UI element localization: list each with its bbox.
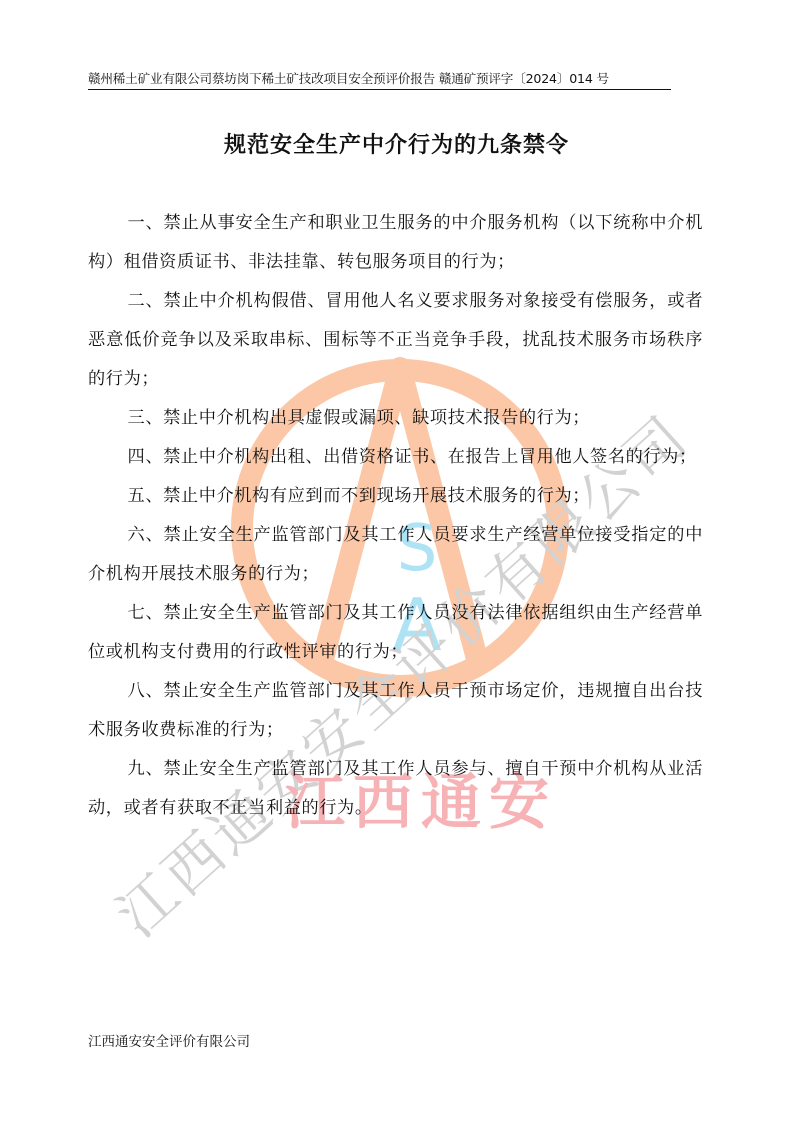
prohibitions-list: 一、禁止从事安全生产和职业卫生服务的中介服务机构（以下统称中介机构）租借资质证书… [88,204,703,828]
prohibition-5: 五、禁止中介机构有应到而不到现场开展技术服务的行为； [88,477,703,516]
prohibition-8: 八、禁止安全生产监管部门及其工作人员干预市场定价，违规擅自出台技术服务收费标准的… [88,672,703,750]
document-page: S A 江西通安安全评价有限公司 江西通安 赣州稀土矿业有限公司蔡坊岗下稀土矿技… [0,0,793,1122]
prohibition-2: 二、禁止中介机构假借、冒用他人名义要求服务对象接受有偿服务，或者恶意低价竞争以及… [88,282,703,399]
page-title: 规范安全生产中介行为的九条禁令 [0,128,793,159]
footer-company: 江西通安安全评价有限公司 [88,1030,250,1050]
prohibition-3: 三、禁止中介机构出具虚假或漏项、缺项技术报告的行为； [88,399,703,438]
prohibition-9: 九、禁止安全生产监管部门及其工作人员参与、擅自干预中介机构从业活动，或者有获取不… [88,750,703,828]
running-header: 赣州稀土矿业有限公司蔡坊岗下稀土矿技改项目安全预评价报告 赣通矿预评字〔2024… [88,70,671,90]
prohibition-4: 四、禁止中介机构出租、出借资格证书、在报告上冒用他人签名的行为； [88,438,703,477]
prohibition-7: 七、禁止安全生产监管部门及其工作人员没有法律依据组织由生产经营单位或机构支付费用… [88,594,703,672]
prohibition-6: 六、禁止安全生产监管部门及其工作人员要求生产经营单位接受指定的中介机构开展技术服… [88,516,703,594]
prohibition-1: 一、禁止从事安全生产和职业卫生服务的中介服务机构（以下统称中介机构）租借资质证书… [88,204,703,282]
